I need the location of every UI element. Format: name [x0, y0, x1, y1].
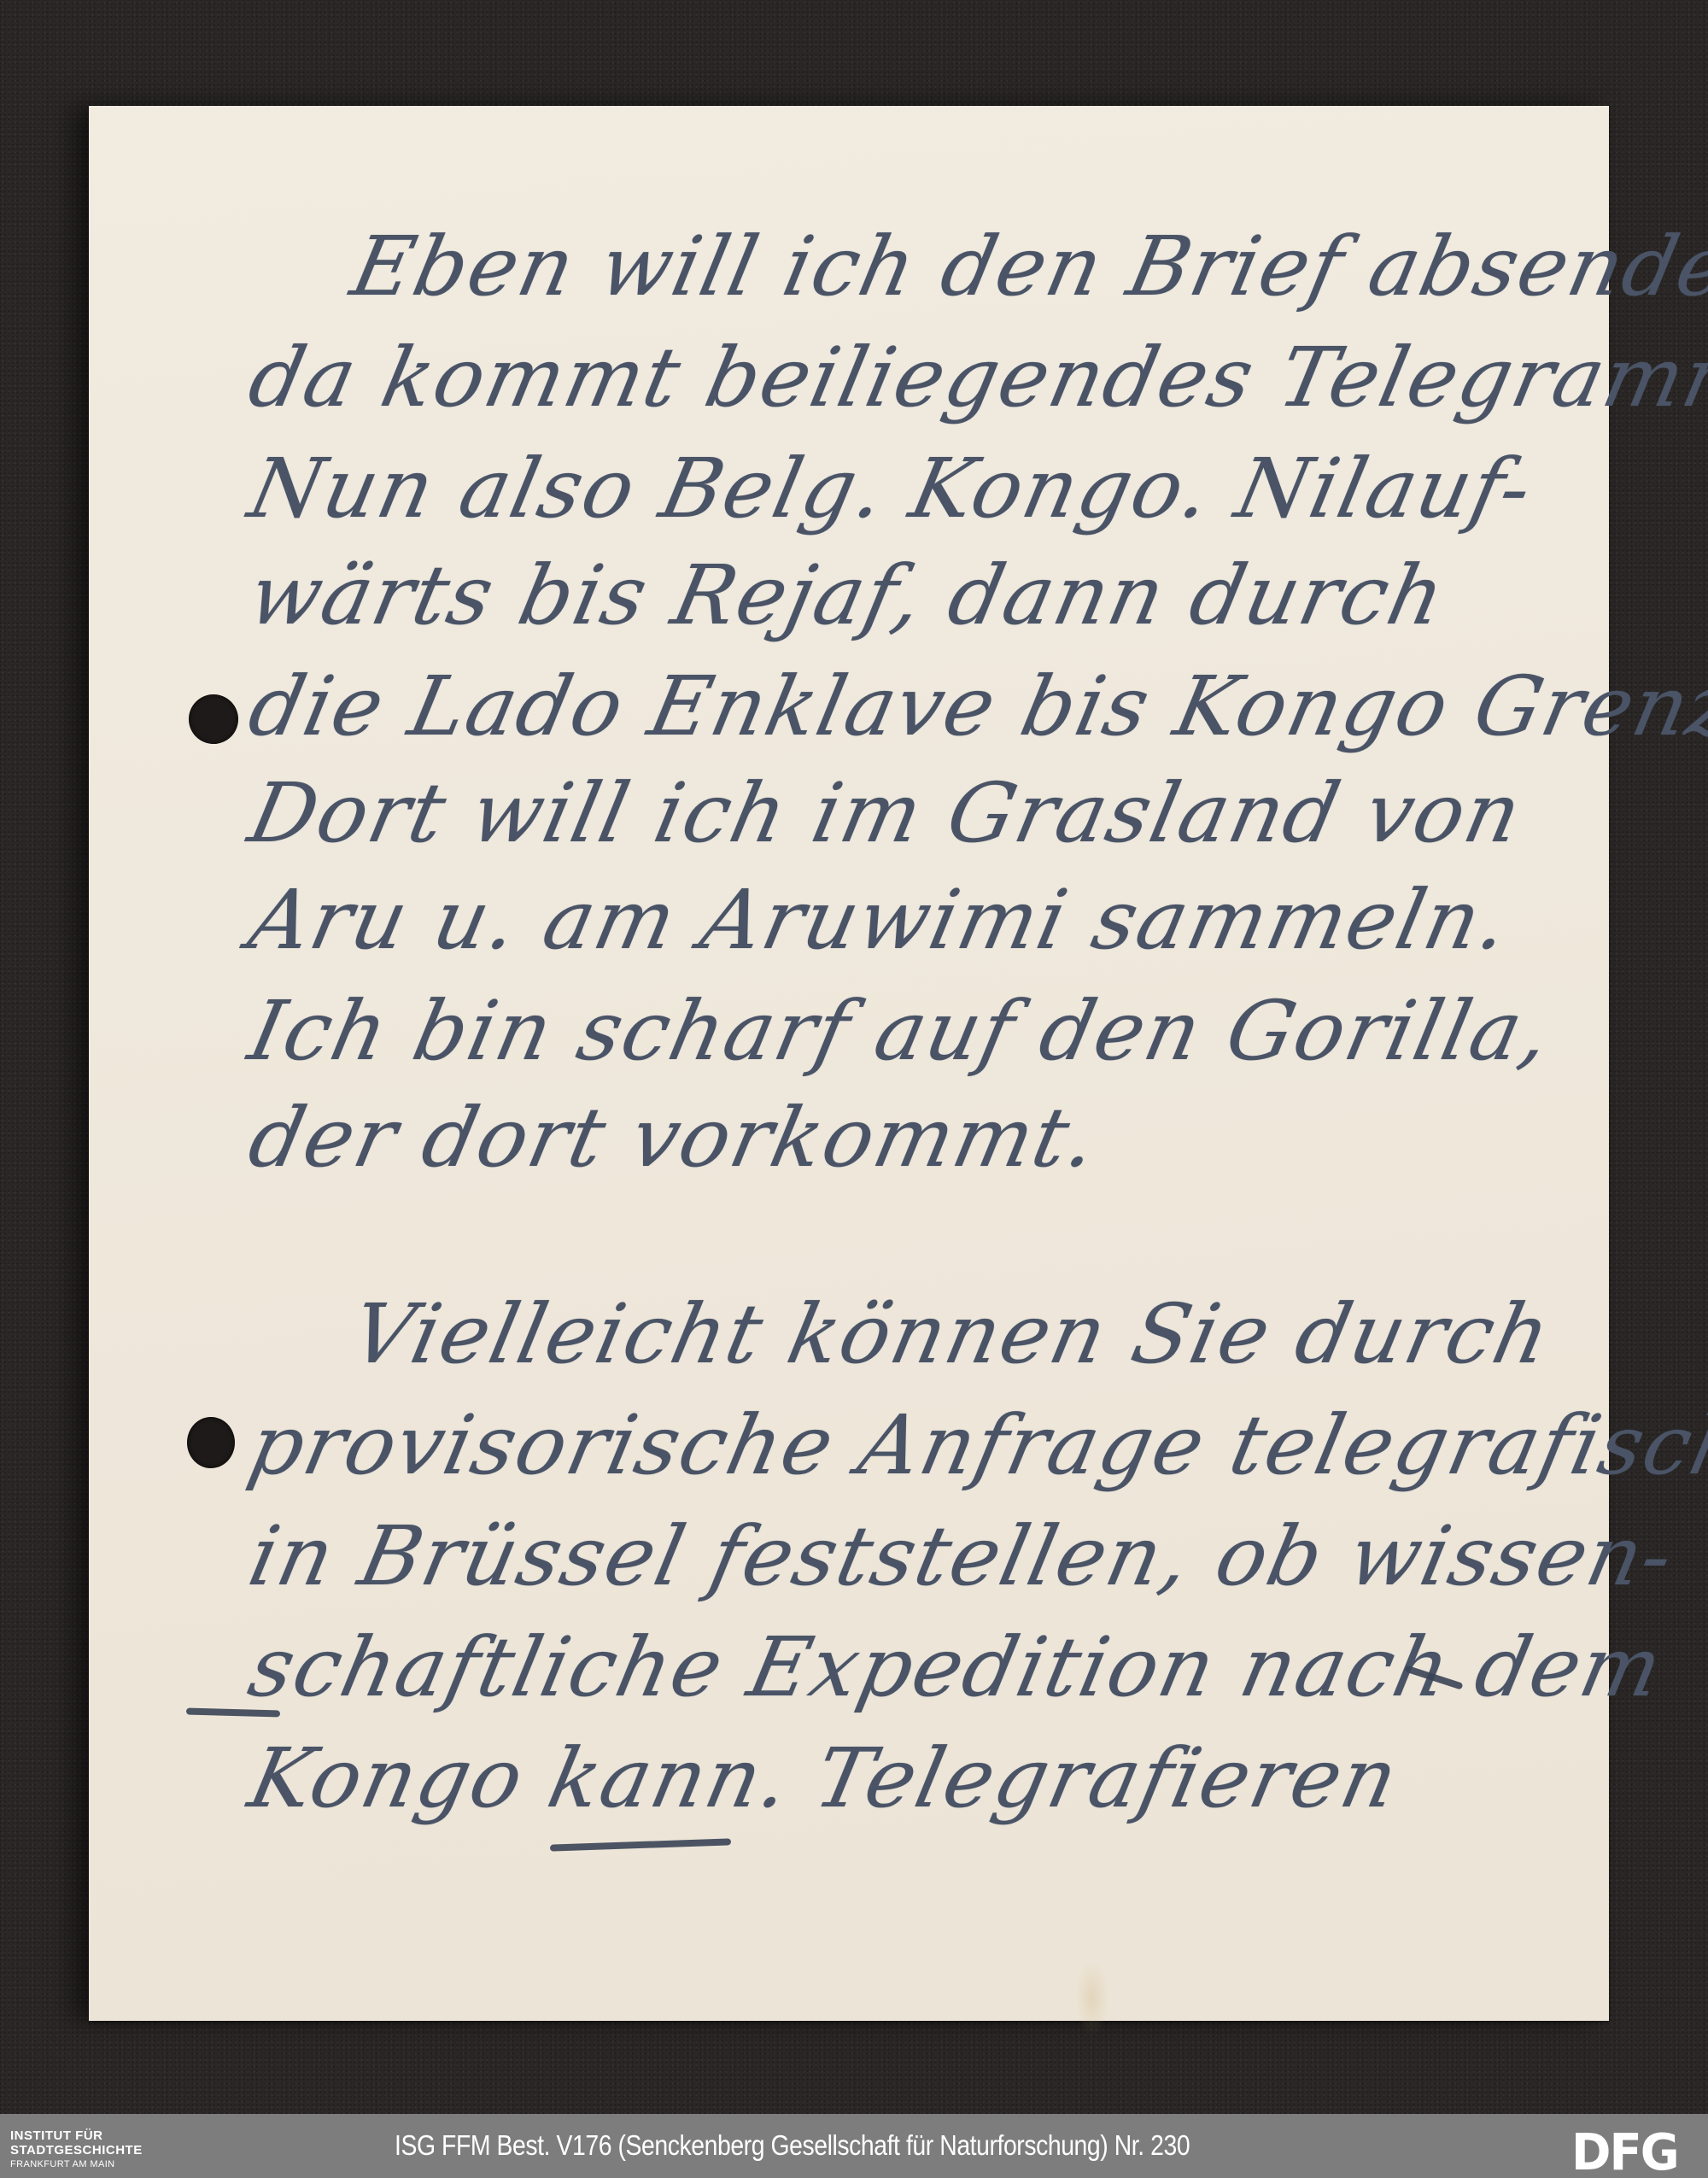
institute-logo: INSTITUT FÜR STADTGESCHICHTE FRANKFURT A… — [10, 2129, 143, 2169]
underline-stroke — [186, 1708, 280, 1718]
handwritten-line: schaftliche Expedition nach dem — [243, 1626, 1609, 1708]
handwritten-line: der dort vorkommt. — [243, 1097, 1609, 1179]
handwritten-line: in Brüssel feststellen, ob wissen- — [243, 1515, 1609, 1597]
scan-area: Eben will ich den Brief absenden, da kom… — [0, 0, 1708, 2114]
underline-stroke — [550, 1838, 731, 1851]
institute-name-line2: STADTGESCHICHTE — [10, 2144, 143, 2157]
handwritten-line: Vielleicht können Sie durch — [345, 1293, 1708, 1375]
handwritten-line: da kommt beiliegendes Telegramm. — [243, 337, 1609, 419]
handwritten-line: Aru u. am Aruwimi sammeln. — [243, 879, 1609, 961]
handwritten-line: wärts bis Rejaf, dann durch — [243, 554, 1609, 636]
archive-caption: ISG FFM Best. V176 (Senckenberg Gesellsc… — [395, 2129, 1190, 2162]
handwritten-line: Ich bin scharf auf den Gorilla, — [243, 990, 1609, 1072]
institute-name-line1: INSTITUT FÜR — [10, 2129, 143, 2142]
institute-city: FRANKFURT AM MAIN — [10, 2160, 143, 2169]
handwritten-line: Eben will ich den Brief absenden, — [345, 225, 1708, 307]
handwritten-line: Nun also Belg. Kongo. Nilauf- — [243, 448, 1609, 530]
archive-footer: INSTITUT FÜR STADTGESCHICHTE FRANKFURT A… — [0, 2114, 1708, 2178]
letter-page: Eben will ich den Brief absenden, da kom… — [89, 106, 1609, 2021]
handwritten-line: provisorische Anfrage telegrafisch — [243, 1404, 1609, 1486]
dfg-logo: DFG — [1571, 2128, 1678, 2178]
handwritten-line: die Lado Enklave bis Kongo Grenze. — [243, 665, 1609, 747]
handwritten-text: Eben will ich den Brief absenden, da kom… — [89, 106, 1609, 2021]
handwritten-line: Dort will ich im Grasland von — [243, 772, 1609, 854]
handwritten-line: Kongo kann. Telegrafieren — [243, 1737, 1609, 1819]
